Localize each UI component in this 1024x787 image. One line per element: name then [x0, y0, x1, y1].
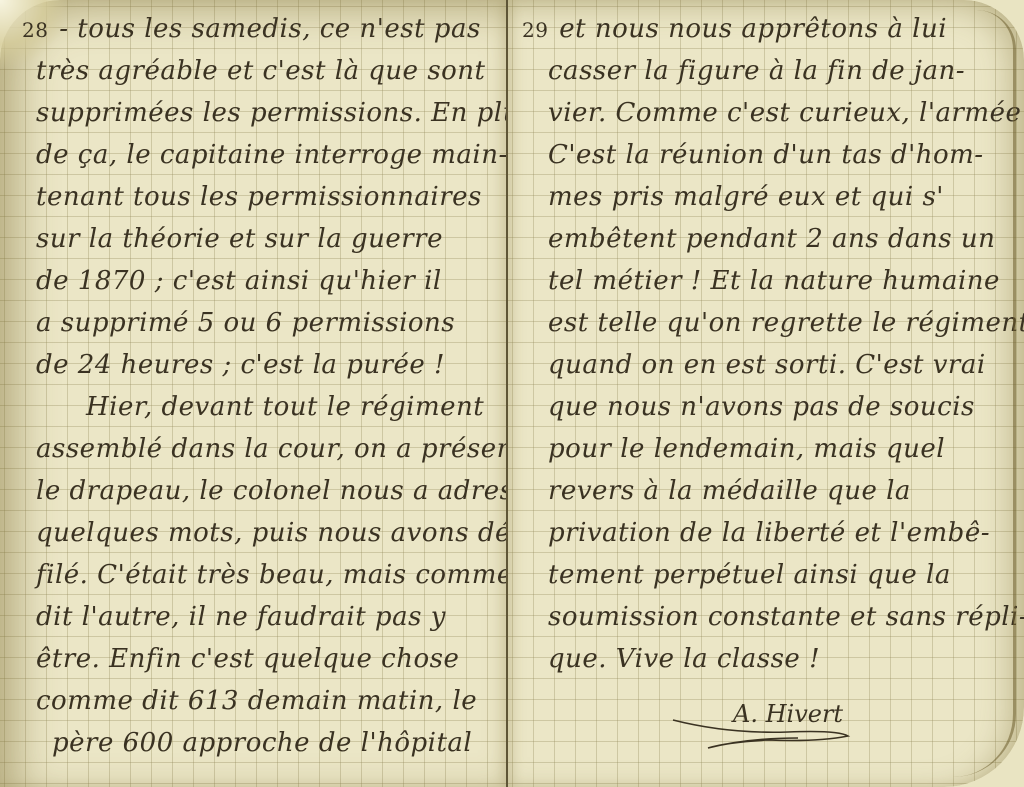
signature-flourish-icon	[668, 712, 868, 752]
text-line: a supprimé 5 ou 6 permissions	[0, 302, 507, 344]
text-line: tenant tous les permissionnaires	[0, 176, 507, 218]
text-line: embêtent pendant 2 ans dans un	[508, 218, 1024, 260]
text-line: très agréable et c'est là que sont	[0, 50, 507, 92]
page-number: 28	[22, 18, 48, 42]
text-line: comme dit 613 demain matin, le	[0, 680, 507, 722]
right-page: 29 et nous nous apprêtons à lui casser l…	[508, 0, 1024, 787]
notebook-spread: 28 - tous les samedis, ce n'est pas très…	[0, 0, 1024, 787]
text-line: pour le lendemain, mais quel	[508, 428, 1024, 470]
right-page-text: 29 et nous nous apprêtons à lui casser l…	[508, 8, 1024, 680]
text-line: que nous n'avons pas de soucis	[508, 386, 1024, 428]
text-line: privation de la liberté et l'embê-	[508, 512, 1024, 554]
text-line: père 600 approche de l'hôpital	[0, 722, 507, 764]
text-line: de 1870 ; c'est ainsi qu'hier il	[0, 260, 507, 302]
text-line: assemblé dans la cour, on a présenté	[0, 428, 507, 470]
text-line: quelques mots, puis nous avons dé-	[0, 512, 507, 554]
left-page-text: 28 - tous les samedis, ce n'est pas très…	[0, 8, 507, 764]
text-line: tel métier ! Et la nature humaine	[508, 260, 1024, 302]
text-line: est telle qu'on regrette le régiment	[508, 302, 1024, 344]
text-line: 29 et nous nous apprêtons à lui	[508, 8, 1024, 50]
text-line: que. Vive la classe !	[508, 638, 1024, 680]
text-line: soumission constante et sans répli-	[508, 596, 1024, 638]
text-line: revers à la médaille que la	[508, 470, 1024, 512]
text-line: casser la figure à la fin de jan-	[508, 50, 1024, 92]
text-line: de 24 heures ; c'est la purée !	[0, 344, 507, 386]
text-line: dit l'autre, il ne faudrait pas y	[0, 596, 507, 638]
text-line: tement perpétuel ainsi que la	[508, 554, 1024, 596]
text-line: vier. Comme c'est curieux, l'armée !	[508, 92, 1024, 134]
text-line: le drapeau, le colonel nous a adressé	[0, 470, 507, 512]
text-line: quand on en est sorti. C'est vrai	[508, 344, 1024, 386]
text-line: Hier, devant tout le régiment	[0, 386, 507, 428]
text-line: 28 - tous les samedis, ce n'est pas	[0, 8, 507, 50]
text-line: de ça, le capitaine interroge main-	[0, 134, 507, 176]
text-line: C'est la réunion d'un tas d'hom-	[508, 134, 1024, 176]
text-line: filé. C'était très beau, mais comme	[0, 554, 507, 596]
page-number: 29	[522, 18, 548, 42]
text-line: supprimées les permissions. En plus	[0, 92, 507, 134]
left-page: 28 - tous les samedis, ce n'est pas très…	[0, 0, 507, 787]
text-line: mes pris malgré eux et qui s'	[508, 176, 1024, 218]
text-line: être. Enfin c'est quelque chose	[0, 638, 507, 680]
text-line: sur la théorie et sur la guerre	[0, 218, 507, 260]
